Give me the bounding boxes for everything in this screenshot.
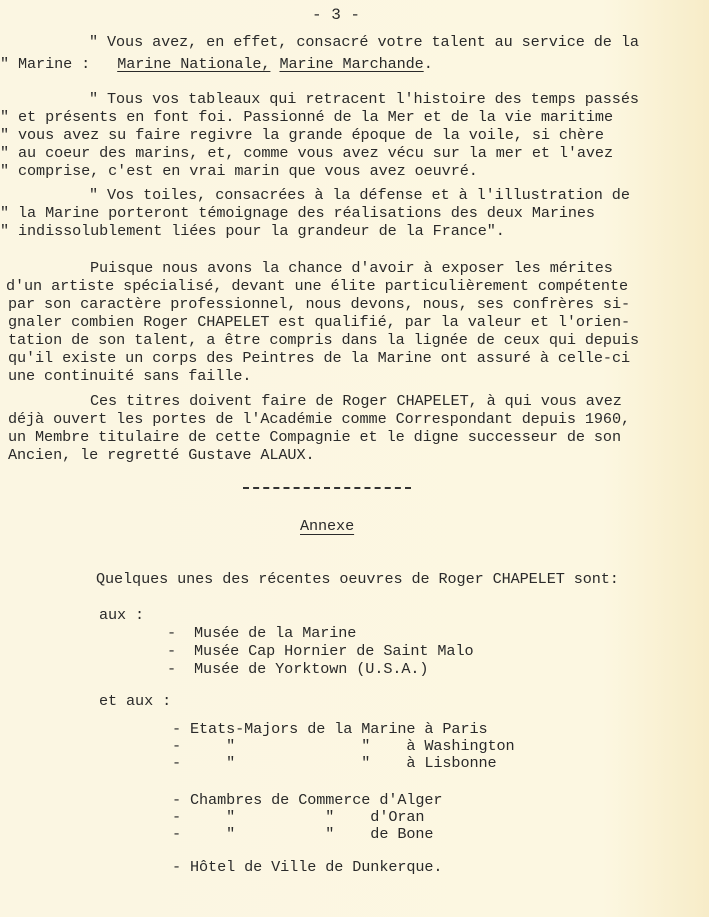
section-divider <box>243 487 411 489</box>
quote-p1-line2: " Marine : Marine Nationale, Marine Marc… <box>0 55 433 73</box>
body-p4-line: une continuité sans faille. <box>8 367 251 385</box>
quote-p3-line: " Vos toiles, consacrées à la défense et… <box>89 186 630 204</box>
marine-nationale-text: Marine Nationale, <box>117 55 270 73</box>
museum-item: - Musée de Yorktown (U.S.A.) <box>167 660 428 678</box>
body-p4-line: d'un artiste spécialisé, devant une élit… <box>6 277 628 295</box>
quote-p2-line: " Tous vos tableaux qui retracent l'hist… <box>89 90 639 108</box>
quote-p3-line: " indissolublement liées pour la grandeu… <box>0 222 505 240</box>
quote-p3-line: " la Marine porteront témoignage des réa… <box>0 204 595 222</box>
period: . <box>424 55 433 73</box>
etats-majors-item: - " " à Lisbonne <box>172 754 497 772</box>
body-p4-line: Puisque nous avons la chance d'avoir à e… <box>90 259 613 277</box>
group2-label: et aux : <box>99 692 171 710</box>
body-p5-line: Ces titres doivent faire de Roger CHAPEL… <box>90 392 622 410</box>
body-p5-line: un Membre titulaire de cette Compagnie e… <box>8 428 621 446</box>
chambres-item: - Chambres de Commerce d'Alger <box>172 791 442 809</box>
quote-p2-line: " vous avez su faire regivre la grande é… <box>0 126 604 144</box>
marine-marchande-text: Marine Marchande <box>279 55 423 73</box>
quote-p2-line: " au coeur des marins, et, comme vous av… <box>0 144 613 162</box>
quote-p2-line: " comprise, c'est en vrai marin que vous… <box>0 162 478 180</box>
body-p4-line: par son caractère professionnel, nous de… <box>8 295 630 313</box>
hotel-de-ville-item: - Hôtel de Ville de Dunkerque. <box>172 858 442 876</box>
annex-title: Annexe <box>300 517 354 535</box>
body-p5-line: Ancien, le regretté Gustave ALAUX. <box>8 446 314 464</box>
museum-item: - Musée de la Marine <box>167 624 356 642</box>
page-number: - 3 - <box>312 6 360 24</box>
body-p4-line: gnaler combien Roger CHAPELET est qualif… <box>8 313 630 331</box>
typewritten-page: - 3 - " Vous avez, en effet, consacré vo… <box>0 0 709 917</box>
chambres-item: - " " d'Oran <box>172 808 424 826</box>
quote-p1-line2-prefix: " Marine : <box>0 55 117 73</box>
quote-p1-line1: " Vous avez, en effet, consacré votre ta… <box>89 33 639 51</box>
body-p4-line: tation de son talent, a être compris dan… <box>8 331 639 349</box>
museum-item: - Musée Cap Hornier de Saint Malo <box>167 642 473 660</box>
group1-label: aux : <box>99 606 144 624</box>
annex-intro: Quelques unes des récentes oeuvres de Ro… <box>96 570 619 588</box>
etats-majors-item: - " " à Washington <box>172 737 515 755</box>
body-p4-line: qu'il existe un corps des Peintres de la… <box>8 349 630 367</box>
quote-p2-line: " et présents en font foi. Passionné de … <box>0 108 613 126</box>
body-p5-line: déjà ouvert les portes de l'Académie com… <box>8 410 630 428</box>
chambres-item: - " " de Bone <box>172 825 433 843</box>
etats-majors-item: - Etats-Majors de la Marine à Paris <box>172 720 488 738</box>
